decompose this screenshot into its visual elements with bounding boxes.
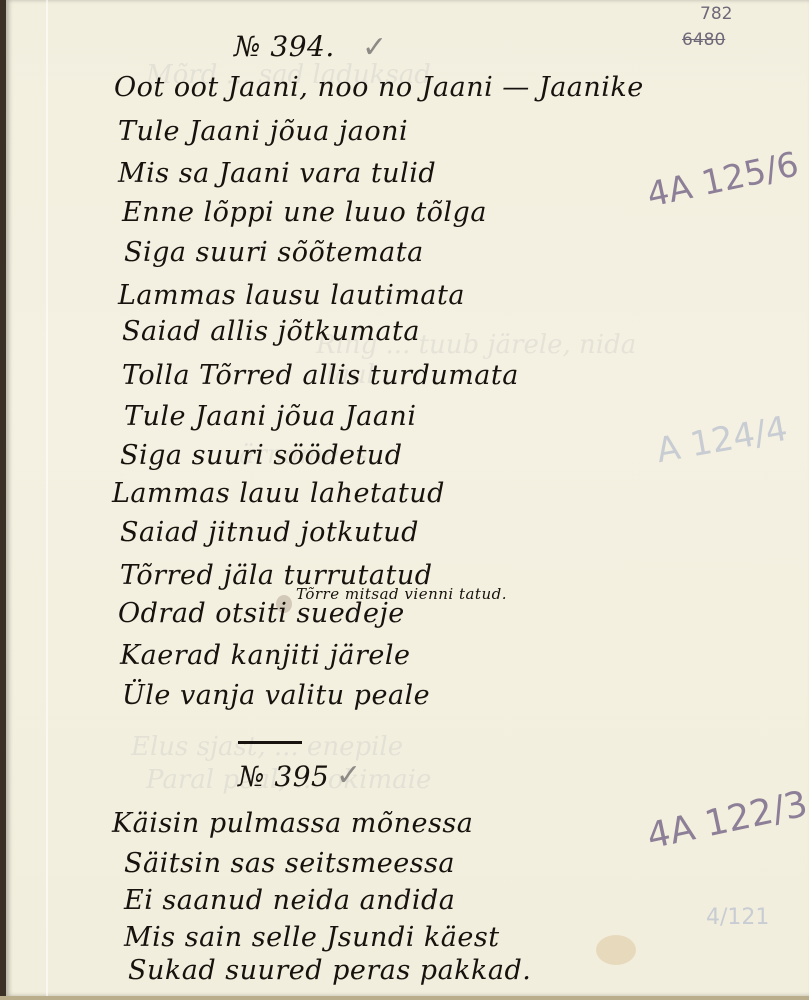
checkmark-icon: ✓ bbox=[336, 758, 361, 793]
section-divider bbox=[238, 741, 302, 744]
margin-reference: 4A 122/3 bbox=[644, 784, 809, 858]
paper-stain bbox=[596, 935, 636, 965]
verse-line: Mis sa Jaani vara tulid bbox=[118, 158, 436, 189]
verse-line: Sukad suured peras pakkad. bbox=[128, 955, 531, 986]
manuscript-page: Mõrd ... sad laduksad Ring ... tuub järe… bbox=[6, 0, 809, 996]
verse-line: Säitsin sas seitsmeessa bbox=[124, 848, 455, 879]
verse-line: Käisin pulmassa mõnessa bbox=[112, 808, 473, 839]
verse-line: Mis sain selle Jsundi käest bbox=[124, 922, 500, 953]
verse-line: Ei saanud neida andida bbox=[124, 885, 455, 916]
margin-reference: A 124/4 bbox=[654, 409, 791, 471]
margin-reference: 4A 125/6 bbox=[644, 144, 803, 215]
verse-line: Lammas lauu lahetatud bbox=[112, 478, 445, 509]
page-fold-line bbox=[46, 0, 48, 996]
verse-line: Tule Jaani jõua Jaani bbox=[124, 401, 416, 432]
margin-reference: 4/121 bbox=[706, 905, 769, 930]
archive-number-struck: 6480 bbox=[682, 30, 725, 50]
song-394-heading: № 394. bbox=[234, 30, 335, 63]
song-395-heading: № 395 bbox=[238, 760, 329, 793]
verse-line: Saiad allis jõtkumata bbox=[122, 316, 420, 347]
verse-line: Oot oot Jaani, noo no Jaani — Jaanike bbox=[114, 72, 644, 103]
verse-line: Lammas lausu lautimata bbox=[118, 280, 465, 311]
verse-line: Odrad otsiti suedeje bbox=[118, 598, 405, 629]
verse-line: Tolla Tõrred allis turdumata bbox=[122, 360, 519, 391]
verse-line: Kaerad kanjiti järele bbox=[120, 640, 411, 671]
verse-line: Siga suuri söödetud bbox=[120, 440, 403, 471]
verse-line: Tule Jaani jõua jaoni bbox=[118, 116, 408, 147]
page-bottom-edge bbox=[0, 996, 809, 1000]
verse-line: Saiad jitnud jotkutud bbox=[120, 517, 419, 548]
verse-line: Siga suuri sõõtemata bbox=[124, 237, 424, 268]
verse-line: Üle vanja valitu peale bbox=[122, 680, 430, 711]
archive-number: 782 bbox=[700, 4, 732, 24]
verse-line: Enne lõppi une luuo tõlga bbox=[122, 197, 487, 228]
bleed-through-text: Elus sjast, ... enepile bbox=[131, 732, 403, 762]
checkmark-icon: ✓ bbox=[362, 30, 387, 65]
